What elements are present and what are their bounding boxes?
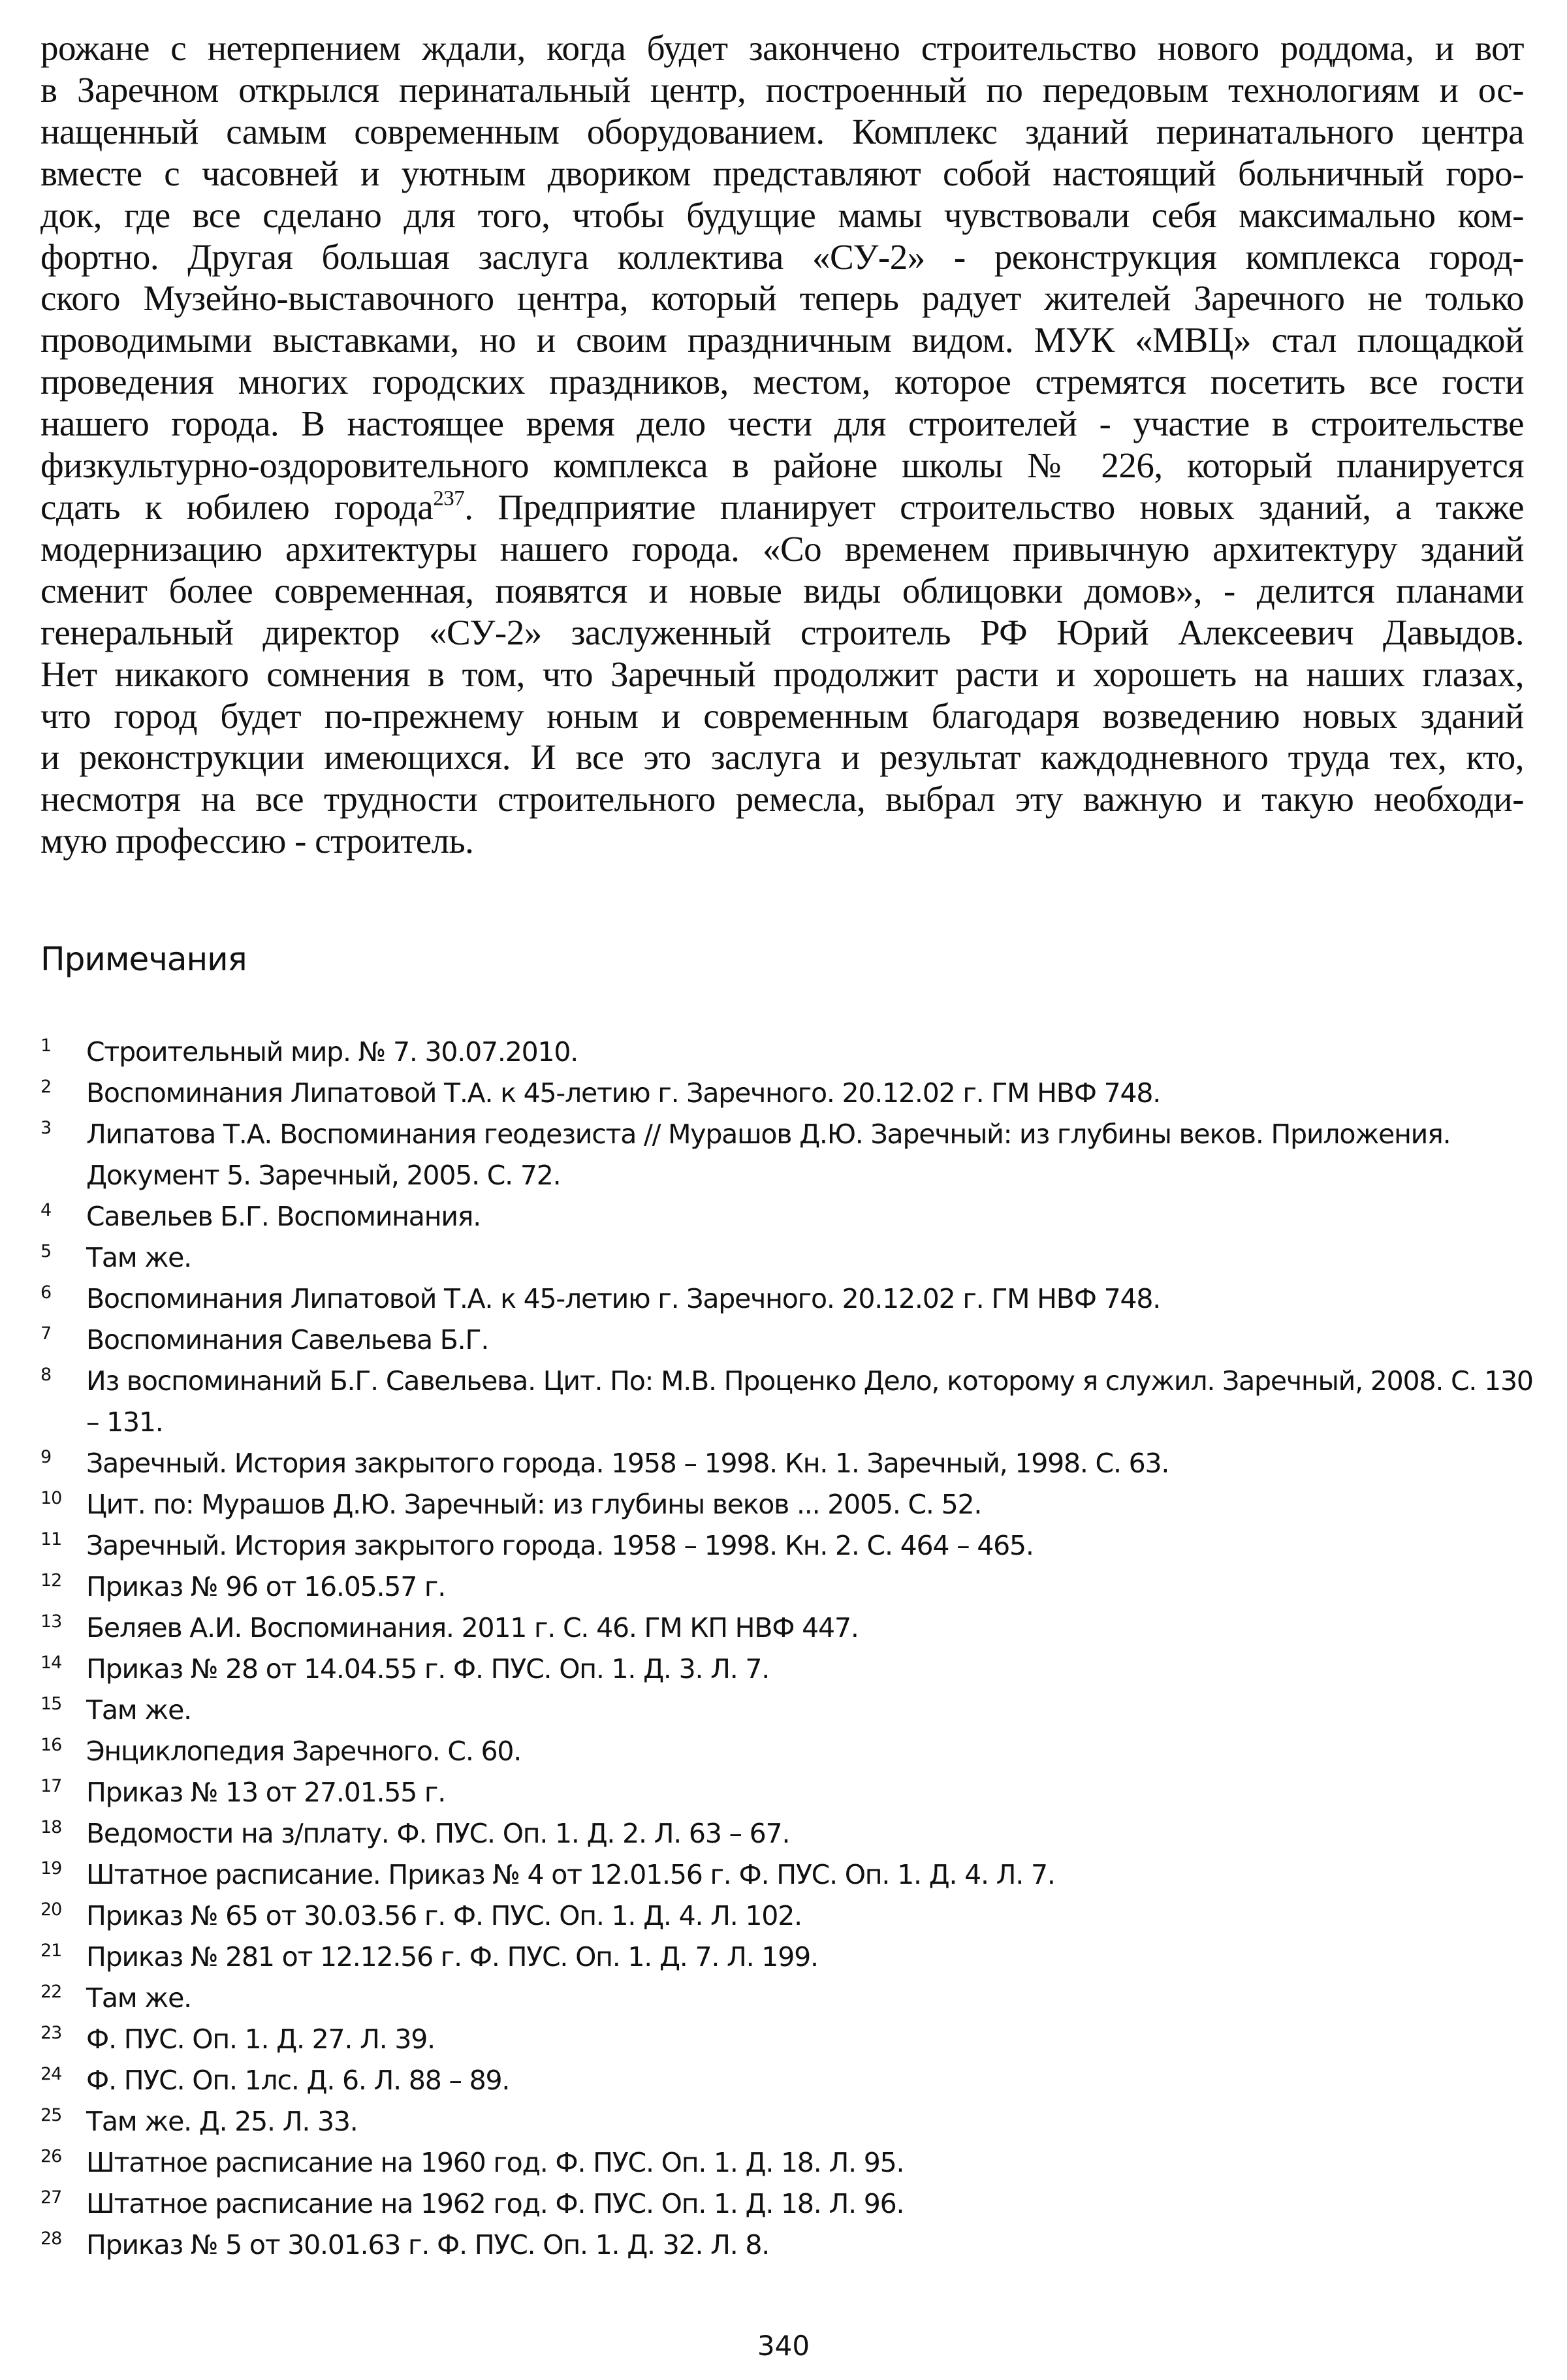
note-text: Приказ № 28 от 14.04.55 г. Ф. ПУС. Оп. 1… [86,1653,769,1685]
note-text: Ф. ПУС. Оп. 1лс. Д. 6. Л. 88 – 89. [86,2065,509,2096]
note-text: Цит. по: Мурашов Д.Ю. Заречный: из глуби… [86,1489,981,1520]
body-line: фортно. Другая большая заслуга коллектив… [40,236,1524,278]
note-item: 11Заречный. История закрытого города. 19… [40,1525,1536,1566]
note-number: 14 [40,1642,80,1683]
note-number: 6 [40,1272,80,1313]
note-item: 1Строительный мир. № 7. 30.07.2010. [40,1032,1536,1073]
note-number: 11 [40,1519,80,1560]
note-text: Приказ № 13 от 27.01.55 г. [86,1777,445,1808]
note-item: 16Энциклопедия Заречного. С. 60. [40,1731,1536,1772]
note-item: 27Штатное расписание на 1962 год. Ф. ПУС… [40,2183,1536,2225]
note-text: Энциклопедия Заречного. С. 60. [86,1736,521,1767]
note-number: 12 [40,1560,80,1601]
note-item: 10Цит. по: Мурашов Д.Ю. Заречный: из глу… [40,1484,1536,1525]
note-number: 28 [40,2218,80,2259]
body-line: и реконструкции имеющихся. И все это зас… [40,737,1524,778]
note-number: 2 [40,1066,80,1107]
note-number: 21 [40,1930,80,1971]
note-text: Штатное расписание на 1960 год. Ф. ПУС. … [86,2147,904,2178]
body-line: нашего города. В настоящее время дело че… [40,403,1524,445]
note-number: 13 [40,1601,80,1642]
note-text: Ф. ПУС. Оп. 1. Д. 27. Л. 39. [86,2023,435,2055]
note-text: Там же. [86,1694,191,1726]
note-number: 19 [40,1848,80,1889]
note-item: 18Ведомости на з/плату. Ф. ПУС. Оп. 1. Д… [40,1813,1536,1854]
note-number: 17 [40,1766,80,1807]
body-line: мую профессию - строитель. [40,820,1524,862]
note-item: 7Воспоминания Савельева Б.Г. [40,1320,1536,1361]
note-text: Там же. [86,1242,191,1273]
note-number: 22 [40,1971,80,2012]
note-number: 3 [40,1107,80,1149]
note-number: 26 [40,2136,80,2177]
note-item: 15Там же. [40,1690,1536,1731]
body-line-after-ref: . Предприятие планирует строительство но… [464,487,1524,527]
note-number: 18 [40,1807,80,1848]
note-text: Заречный. История закрытого города. 1958… [86,1530,1034,1561]
note-number: 27 [40,2177,80,2218]
note-item: 12Приказ № 96 от 16.05.57 г. [40,1566,1536,1608]
note-item: 17Приказ № 13 от 27.01.55 г. [40,1772,1536,1813]
body-line: ского Музейно-выставочного центра, котор… [40,278,1524,319]
note-text: Воспоминания Савельева Б.Г. [86,1324,488,1356]
note-text: Савельев Б.Г. Воспоминания. [86,1201,481,1232]
note-item: 28Приказ № 5 от 30.01.63 г. Ф. ПУС. Оп. … [40,2225,1536,2266]
body-line: нащенный самым современным оборудованием… [40,111,1524,153]
note-item: 20Приказ № 65 от 30.03.56 г. Ф. ПУС. Оп.… [40,1896,1536,1937]
note-item: 5Там же. [40,1237,1536,1278]
body-line: сменит более современная, появятся и нов… [40,570,1524,612]
note-number: 24 [40,2054,80,2095]
body-line: Нет никакого сомнения в том, что Заречны… [40,654,1524,695]
note-item: 19Штатное расписание. Приказ № 4 от 12.0… [40,1854,1536,1896]
note-item: 25Там же. Д. 25. Л. 33. [40,2101,1536,2142]
note-text: Липатова Т.А. Воспоминания геодезиста //… [86,1119,1450,1191]
body-line: генеральный директор «СУ-2» заслуженный … [40,612,1524,654]
body-line: модернизацию архитектуры нашего города. … [40,528,1524,570]
note-number: 25 [40,2095,80,2136]
body-text: рожане с нетерпением ждали, когда будет … [40,27,1524,862]
body-line: физкультурно-оздоровительного комплекса … [40,445,1524,486]
note-text: Воспоминания Липатовой Т.А. к 45-летию г… [86,1077,1160,1109]
note-text: Приказ № 5 от 30.01.63 г. Ф. ПУС. Оп. 1.… [86,2229,769,2261]
note-number: 20 [40,1889,80,1930]
note-number: 8 [40,1354,80,1395]
note-text: Из воспоминаний Б.Г. Савельева. Цит. По:… [86,1365,1533,1438]
note-number: 5 [40,1231,80,1272]
note-item: 6Воспоминания Липатовой Т.А. к 45-летию … [40,1278,1536,1320]
note-text: Заречный. История закрытого города. 1958… [86,1448,1169,1479]
note-number: 23 [40,2012,80,2054]
body-line: в Заречном открылся перинатальный центр,… [40,69,1524,111]
notes-list: 1Строительный мир. № 7. 30.07.2010.2Восп… [40,1032,1536,2266]
note-number: 16 [40,1724,80,1766]
note-text: Штатное расписание на 1962 год. Ф. ПУС. … [86,2188,904,2219]
note-text: Воспоминания Липатовой Т.А. к 45-летию г… [86,1283,1160,1314]
body-line: док, где все сделано для того, чтобы буд… [40,195,1524,236]
note-text: Приказ № 65 от 30.03.56 г. Ф. ПУС. Оп. 1… [86,1900,802,1931]
body-line: проведения многих городских праздников, … [40,361,1524,403]
footnote-reference[interactable]: 237 [433,487,464,511]
note-number: 1 [40,1025,80,1066]
note-text: Там же. [86,1982,191,2014]
body-line-before-ref: сдать к юбилею города [40,487,433,527]
note-text: Строительный мир. № 7. 30.07.2010. [86,1036,578,1068]
notes-heading: Примечания [40,940,247,978]
document-page: рожане с нетерпением ждали, когда будет … [0,0,1567,2380]
note-text: Ведомости на з/плату. Ф. ПУС. Оп. 1. Д. … [86,1818,789,1849]
note-text: Приказ № 281 от 12.12.56 г. Ф. ПУС. Оп. … [86,1941,818,1973]
page-number: 340 [0,2330,1567,2362]
body-line: несмотря на все трудности строительного … [40,778,1524,820]
note-number: 10 [40,1478,80,1519]
note-text: Там же. Д. 25. Л. 33. [86,2106,358,2137]
note-item: 24Ф. ПУС. Оп. 1лс. Д. 6. Л. 88 – 89. [40,2060,1536,2101]
note-item: 2Воспоминания Липатовой Т.А. к 45-летию … [40,1073,1536,1114]
note-item: 21Приказ № 281 от 12.12.56 г. Ф. ПУС. Оп… [40,1937,1536,1978]
note-text: Штатное расписание. Приказ № 4 от 12.01.… [86,1859,1055,1890]
body-line-with-footnote: сдать к юбилею города237. Предприятие пл… [40,486,1524,528]
note-item: 13Беляев А.И. Воспоминания. 2011 г. С. 4… [40,1608,1536,1649]
note-item: 26Штатное расписание на 1960 год. Ф. ПУС… [40,2142,1536,2183]
note-number: 9 [40,1436,80,1478]
body-line: рожане с нетерпением ждали, когда будет … [40,27,1524,69]
note-item: 3Липатова Т.А. Воспоминания геодезиста /… [40,1114,1536,1196]
note-item: 4Савельев Б.Г. Воспоминания. [40,1196,1536,1237]
note-item: 22Там же. [40,1978,1536,2019]
note-number: 4 [40,1190,80,1231]
note-number: 15 [40,1683,80,1724]
note-item: 23Ф. ПУС. Оп. 1. Д. 27. Л. 39. [40,2019,1536,2060]
body-line: что город будет по-прежнему юным и совре… [40,695,1524,737]
note-item: 8Из воспоминаний Б.Г. Савельева. Цит. По… [40,1361,1536,1443]
note-item: 14Приказ № 28 от 14.04.55 г. Ф. ПУС. Оп.… [40,1649,1536,1690]
note-text: Приказ № 96 от 16.05.57 г. [86,1571,445,1602]
body-line: проводимыми выставками, но и своим празд… [40,319,1524,361]
body-line: вместе с часовней и уютным двориком пред… [40,153,1524,195]
note-text: Беляев А.И. Воспоминания. 2011 г. С. 46.… [86,1612,859,1643]
note-number: 7 [40,1313,80,1354]
note-item: 9Заречный. История закрытого города. 195… [40,1443,1536,1484]
